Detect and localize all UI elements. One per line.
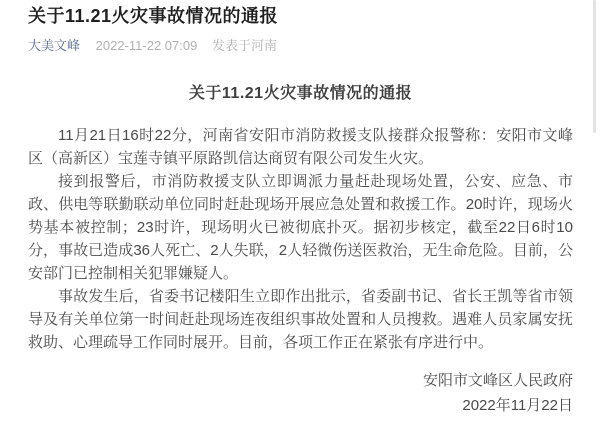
signature-date: 2022年11月22日	[28, 393, 573, 418]
page-title: 关于11.21火灾事故情况的通报	[28, 5, 573, 27]
body-paragraph-1: 11月21日16时22分，河南省安阳市消防救援支队接群众报警称：安阳市文峰区（高…	[28, 124, 573, 170]
article-content: 关于11.21火灾事故情况的通报 大美文峰 2022-11-22 07:09 发…	[0, 0, 600, 418]
body-paragraph-3: 事故发生后，省委书记楼阳生立即作出批示，省委副书记、省长王凯等省市领导及有关单位…	[28, 285, 573, 354]
article-meta: 大美文峰 2022-11-22 07:09 发表于河南	[28, 38, 573, 54]
signature-block: 安阳市文峰区人民政府 2022年11月22日	[28, 368, 573, 418]
publish-timestamp: 2022-11-22 07:09	[96, 38, 198, 53]
document-heading: 关于11.21火灾事故情况的通报	[28, 84, 573, 104]
wechat-article-page: 关于11.21火灾事故情况的通报 大美文峰 2022-11-22 07:09 发…	[0, 0, 600, 426]
signature-author: 安阳市文峰区人民政府	[28, 368, 573, 393]
account-name-link[interactable]: 大美文峰	[28, 38, 80, 53]
publish-location: 发表于河南	[212, 38, 277, 53]
scrollbar-thumb[interactable]	[593, 0, 596, 133]
body-paragraph-2: 接到报警后，市消防救援支队立即调派力量赶赴现场处置，公安、应急、市政、供电等联勤…	[28, 170, 573, 285]
